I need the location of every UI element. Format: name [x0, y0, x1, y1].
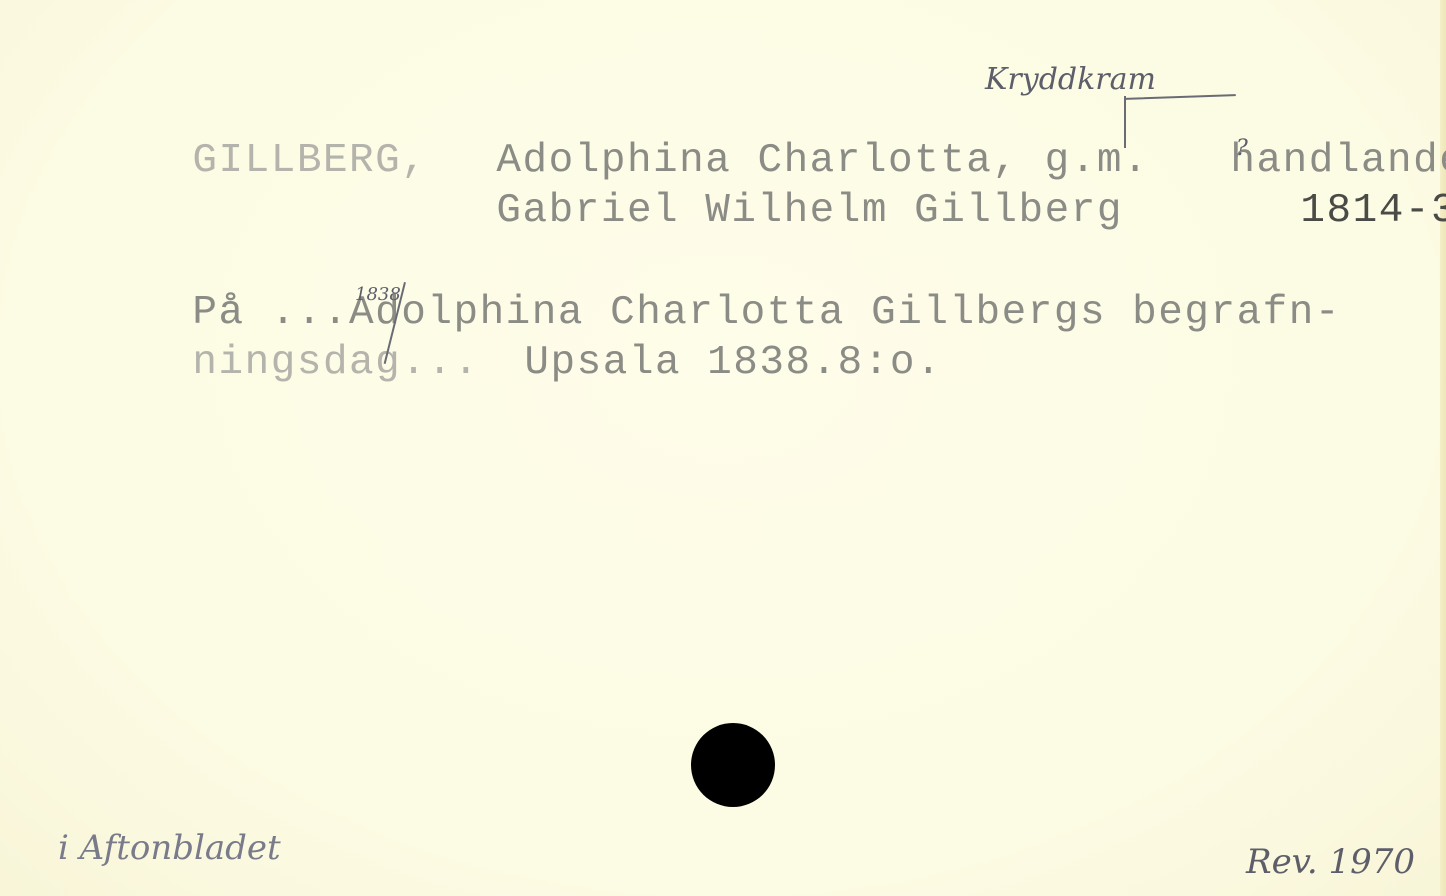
heading-line-1: GILLBERG, — [88, 100, 427, 223]
years-text: 1814-38. — [1300, 188, 1446, 234]
spouse-name: Gabriel Wilhelm Gillberg — [496, 188, 1123, 234]
handwritten-source: i Aftonbladet — [58, 828, 281, 868]
handwritten-annotation-kryddkram: Kryddkram — [985, 62, 1156, 97]
body-line-2-end-text: Upsala 1838.8:o. — [524, 340, 942, 386]
annotation-bracket-stem — [1124, 96, 1126, 148]
catalog-card: GILLBERG, Adolphina Charlotta, g.m. hand… — [0, 0, 1446, 896]
punch-hole — [691, 723, 775, 807]
handwritten-question-mark: ? — [1236, 136, 1248, 161]
handwritten-year: 1838 — [355, 284, 401, 305]
body-line-2-end: Upsala 1838.8:o. — [420, 302, 942, 425]
handwritten-revision: Rev. 1970 — [1246, 842, 1415, 882]
